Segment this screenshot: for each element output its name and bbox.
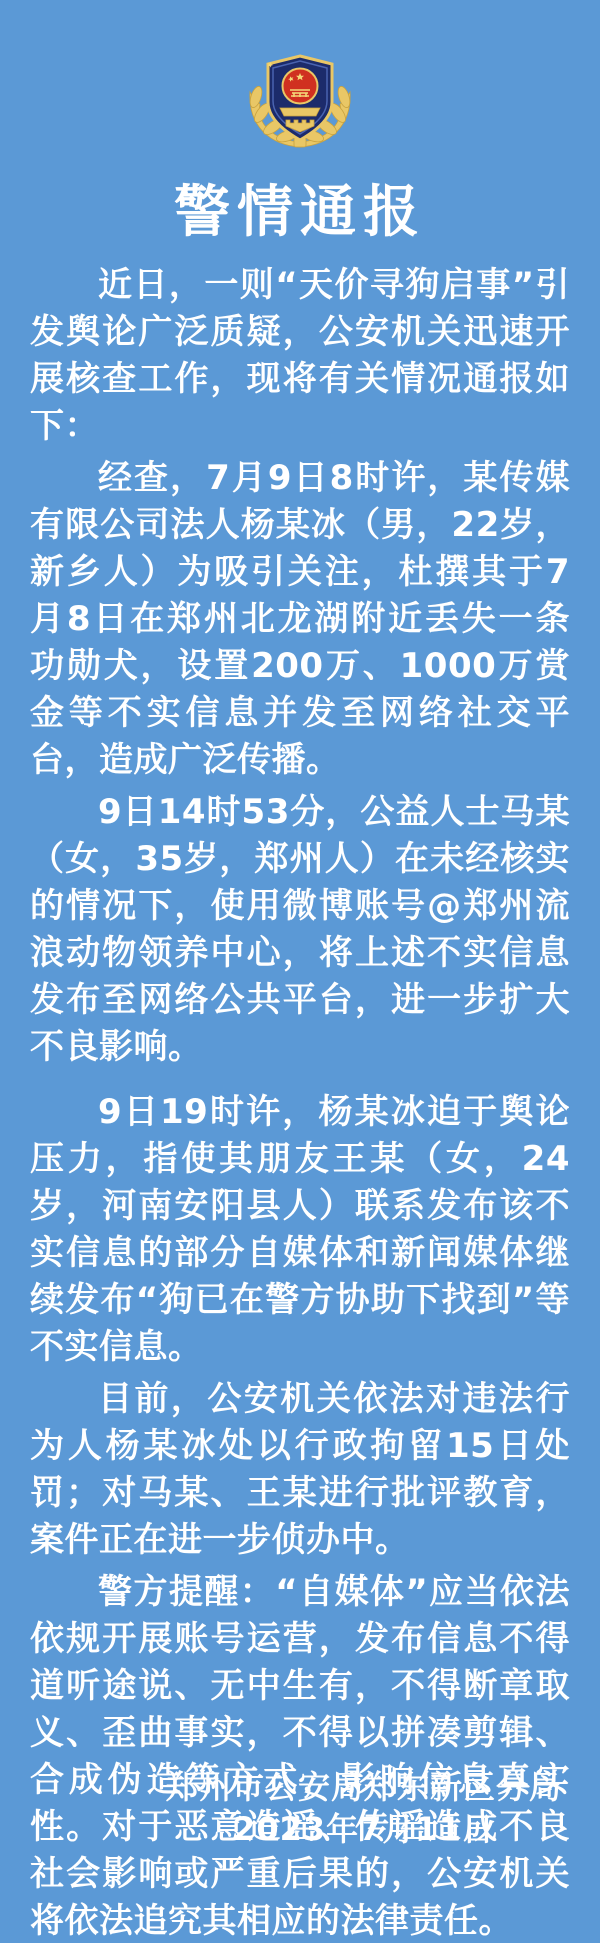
police-badge-icon [240, 50, 360, 152]
signature-agency: 郑州市公安局郑东新区分局 [166, 1766, 562, 1808]
paragraph-reminder: 警方提醒：“自媒体”应当依法依规开展账号运营，发布信息不得道听途说、无中生有，不… [30, 1569, 570, 1943]
paragraph-punishment: 目前，公安机关依法对违法行为人杨某冰处以行政拘留15日处罚；对马某、王某进行批评… [30, 1376, 570, 1564]
signature-date: 2023年7月11日 [166, 1808, 562, 1850]
paragraph-intro: 近日，一则“天价寻狗启事”引发舆论广泛质疑，公安机关迅速开展核查工作，现将有关情… [30, 262, 570, 450]
paragraph-spread: 9日14时53分，公益人士马某（女，35岁，郑州人）在未经核实的情况下，使用微博… [30, 789, 570, 1071]
police-notice-page: 警情通报 近日，一则“天价寻狗启事”引发舆论广泛质疑，公安机关迅速开展核查工作，… [0, 0, 600, 1943]
signature-block: 郑州市公安局郑东新区分局 2023年7月11日 [166, 1766, 562, 1850]
notice-body: 近日，一则“天价寻狗启事”引发舆论广泛质疑，公安机关迅速开展核查工作，现将有关情… [30, 262, 570, 1943]
notice-title: 警情通报 [0, 180, 600, 246]
paragraph-investigation: 经查，7月9日8时许，某传媒有限公司法人杨某冰（男，22岁，新乡人）为吸引关注，… [30, 455, 570, 784]
paragraph-followup: 9日19时许，杨某冰迫于舆论压力，指使其朋友王某（女，24岁，河南安阳县人）联系… [30, 1089, 570, 1371]
